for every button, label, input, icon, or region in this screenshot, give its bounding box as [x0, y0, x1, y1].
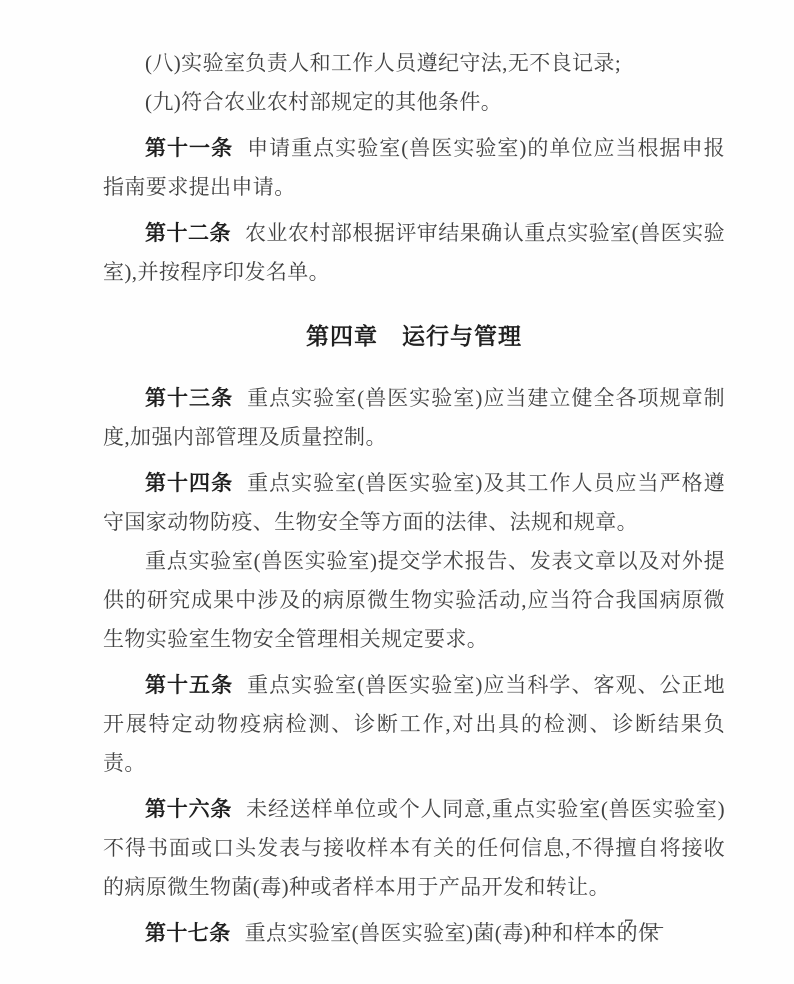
paragraph-text: (八)实验室负责人和工作人员遵纪守法,无不良记录;	[145, 51, 621, 75]
page-number-text: — 7 —	[594, 916, 666, 937]
chapter-title: 运行与管理	[402, 323, 522, 349]
article-number: 第十六条	[145, 798, 232, 821]
article-number: 第十一条	[145, 137, 233, 160]
chapter-heading: 第四章 运行与管理	[103, 317, 725, 356]
article-paragraph: 第十一条申请重点实验室(兽医实验室)的单位应当根据申报指南要求提出申请。	[103, 129, 725, 207]
document-body: (八)实验室负责人和工作人员遵纪守法,无不良记录;(九)符合农业农村部规定的其他…	[103, 44, 725, 953]
paragraph: (九)符合农业农村部规定的其他条件。	[103, 83, 725, 122]
paragraph-text: 重点实验室(兽医实验室)提交学术报告、发表文章以及对外提供的研究成果中涉及的病原…	[103, 549, 725, 651]
article-paragraph: 第十六条未经送样单位或个人同意,重点实验室(兽医实验室)不得书面或口头发表与接收…	[103, 790, 725, 907]
paragraph: 重点实验室(兽医实验室)提交学术报告、发表文章以及对外提供的研究成果中涉及的病原…	[103, 542, 725, 659]
page-number: — 7 —	[594, 916, 666, 938]
paragraph: (八)实验室负责人和工作人员遵纪守法,无不良记录;	[103, 44, 725, 83]
article-number: 第十四条	[145, 472, 233, 495]
paragraph-text: (九)符合农业农村部规定的其他条件。	[145, 90, 502, 114]
chapter-number: 第四章	[306, 323, 378, 349]
article-paragraph: 第十二条农业农村部根据评审结果确认重点实验室(兽医实验室),并按程序印发名单。	[103, 214, 725, 292]
article-paragraph: 第十四条重点实验室(兽医实验室)及其工作人员应当严格遵守国家动物防疫、生物安全等…	[103, 464, 725, 542]
document-page: (八)实验室负责人和工作人员遵纪守法,无不良记录;(九)符合农业农村部规定的其他…	[0, 0, 794, 984]
article-number: 第十五条	[145, 674, 233, 697]
article-paragraph: 第十五条重点实验室(兽医实验室)应当科学、客观、公正地开展特定动物疫病检测、诊断…	[103, 666, 725, 783]
article-paragraph: 第十三条重点实验室(兽医实验室)应当建立健全各项规章制度,加强内部管理及质量控制…	[103, 379, 725, 457]
article-number: 第十三条	[145, 387, 233, 410]
article-number: 第十二条	[145, 222, 231, 245]
article-number: 第十七条	[145, 922, 231, 945]
